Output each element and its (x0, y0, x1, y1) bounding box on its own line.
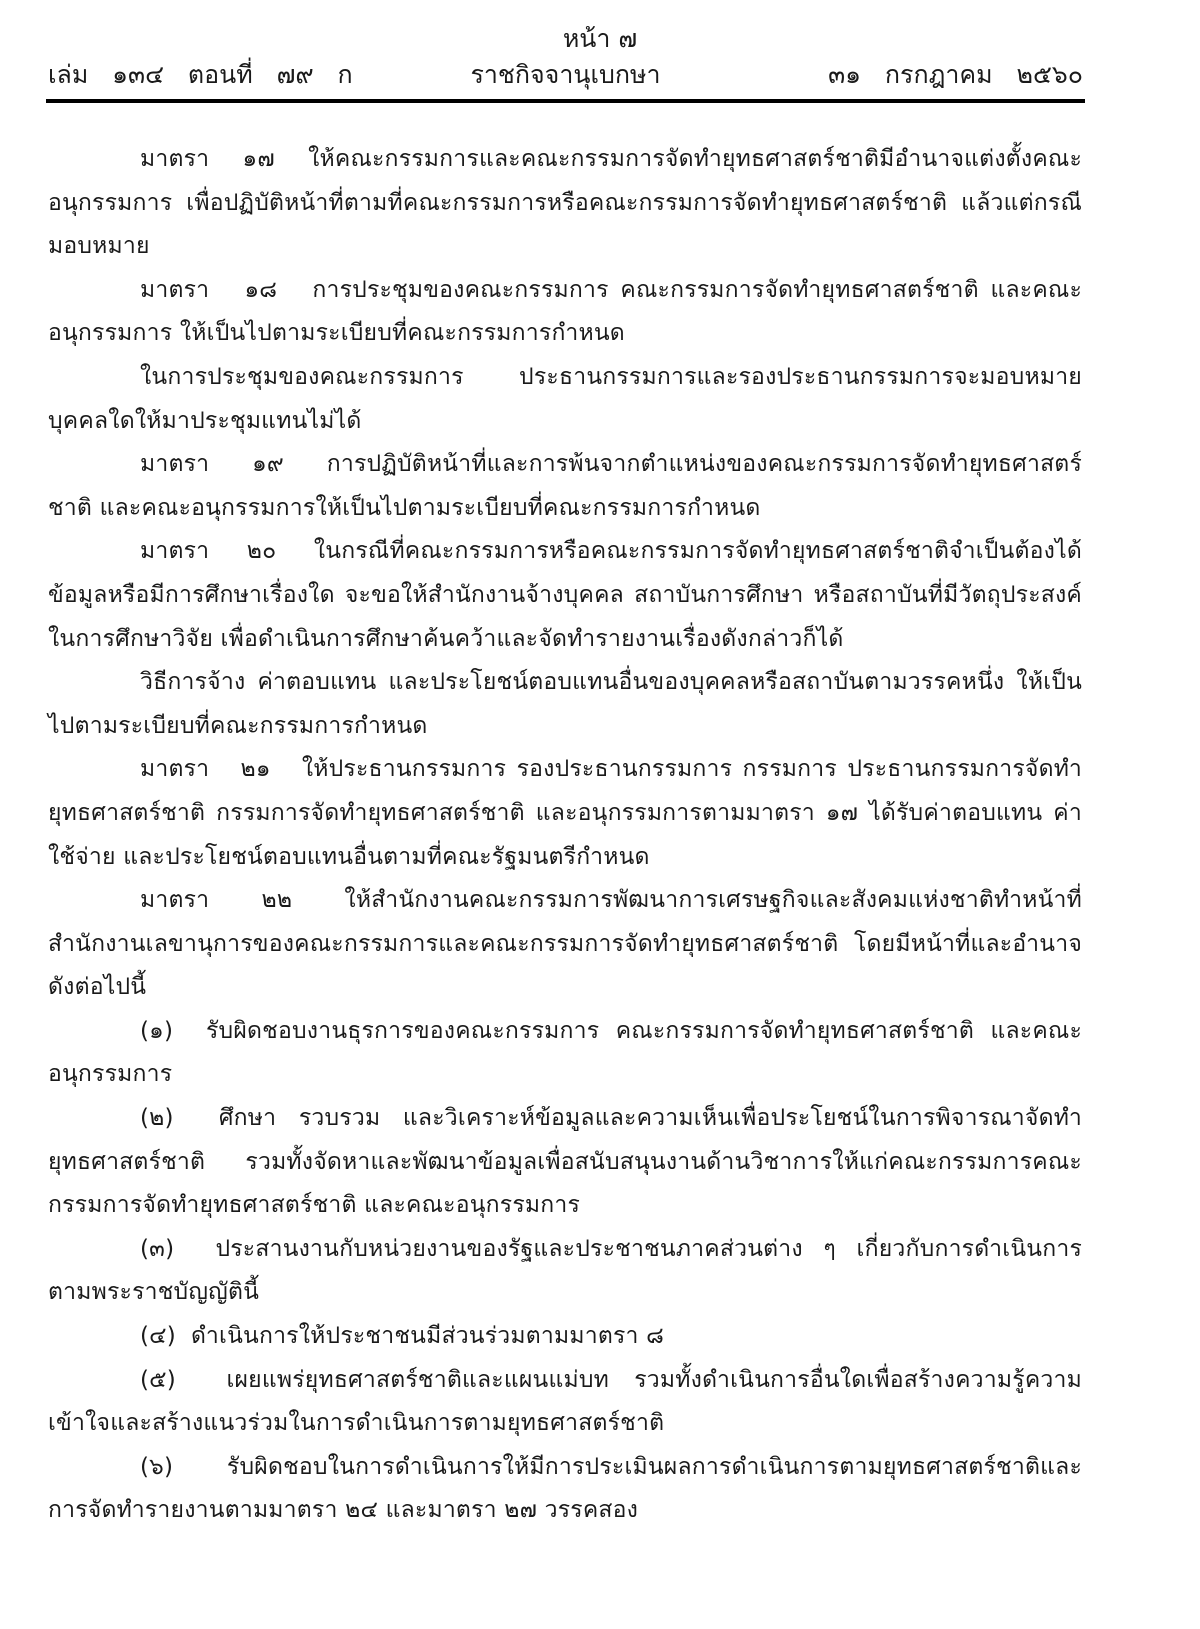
section-label: มาตรา ๒๒ (140, 887, 344, 913)
gazette-header: ราชกิจจานุเบกษา เล่ม ๑๓๔ ตอนที่ ๗๙ ก ๓๑ … (48, 58, 1083, 92)
duty-item-2: (๒) ศึกษา รวบรวม และวิเคราะห์ข้อมูลและคว… (48, 1097, 1082, 1228)
header-divider (46, 99, 1085, 103)
section-20-paragraph-2: วิธีการจ้าง ค่าตอบแทน และประโยชน์ตอบแทนอ… (48, 661, 1082, 748)
section-18-paragraph-2: ในการประชุมของคณะกรรมการ ประธานกรรมการแล… (48, 356, 1082, 443)
section-text: ในการประชุมของคณะกรรมการ ประธานกรรมการแล… (48, 364, 1082, 434)
duty-item-3: (๓) ประสานงานกับหน่วยงานของรัฐและประชาชน… (48, 1228, 1082, 1315)
publication-date: ๓๑ กรกฎาคม ๒๕๖๐ (828, 58, 1083, 92)
duty-item-4: (๔) ดำเนินการให้ประชาชนมีส่วนร่วมตามมาตร… (48, 1315, 1082, 1359)
section-21: มาตรา ๒๑ ให้ประธานกรรมการ รองประธานกรรมก… (48, 748, 1082, 879)
duty-item-6: (๖) รับผิดชอบในการดำเนินการให้มีการประเม… (48, 1446, 1082, 1533)
section-17: มาตรา ๑๗ ให้คณะกรรมการและคณะกรรมการจัดทำ… (48, 138, 1082, 269)
item-text: ดำเนินการให้ประชาชนมีส่วนร่วมตามมาตรา ๘ (191, 1323, 664, 1349)
duty-item-5: (๕) เผยแพร่ยุทธศาสตร์ชาติและแผนแม่บท รวม… (48, 1359, 1082, 1446)
item-number: (๓) (140, 1236, 215, 1262)
section-18: มาตรา ๑๘ การประชุมของคณะกรรมการ คณะกรรมก… (48, 269, 1082, 356)
volume-issue: เล่ม ๑๓๔ ตอนที่ ๗๙ ก (48, 58, 353, 92)
item-number: (๒) (140, 1105, 219, 1131)
section-label: มาตรา ๑๘ (140, 277, 312, 303)
duty-item-1: (๑) รับผิดชอบงานธุรการของคณะกรรมการ คณะก… (48, 1010, 1082, 1097)
item-number: (๑) (140, 1018, 206, 1044)
section-text: วิธีการจ้าง ค่าตอบแทน และประโยชน์ตอบแทนอ… (48, 669, 1082, 739)
section-20: มาตรา ๒๐ ในกรณีที่คณะกรรมการหรือคณะกรรมก… (48, 530, 1082, 661)
item-number: (๔) (140, 1323, 191, 1349)
document-body: มาตรา ๑๗ ให้คณะกรรมการและคณะกรรมการจัดทำ… (48, 138, 1082, 1533)
item-number: (๖) (140, 1454, 227, 1480)
section-label: มาตรา ๑๙ (140, 451, 327, 477)
item-number: (๕) (140, 1367, 226, 1393)
section-22: มาตรา ๒๒ ให้สำนักงานคณะกรรมการพัฒนาการเศ… (48, 879, 1082, 1010)
section-19: มาตรา ๑๙ การปฏิบัติหน้าที่และการพ้นจากตำ… (48, 443, 1082, 530)
page-number: หน้า ๗ (0, 22, 1200, 56)
section-label: มาตรา ๒๑ (140, 756, 302, 782)
section-label: มาตรา ๒๐ (140, 538, 314, 564)
section-label: มาตรา ๑๗ (140, 146, 308, 172)
